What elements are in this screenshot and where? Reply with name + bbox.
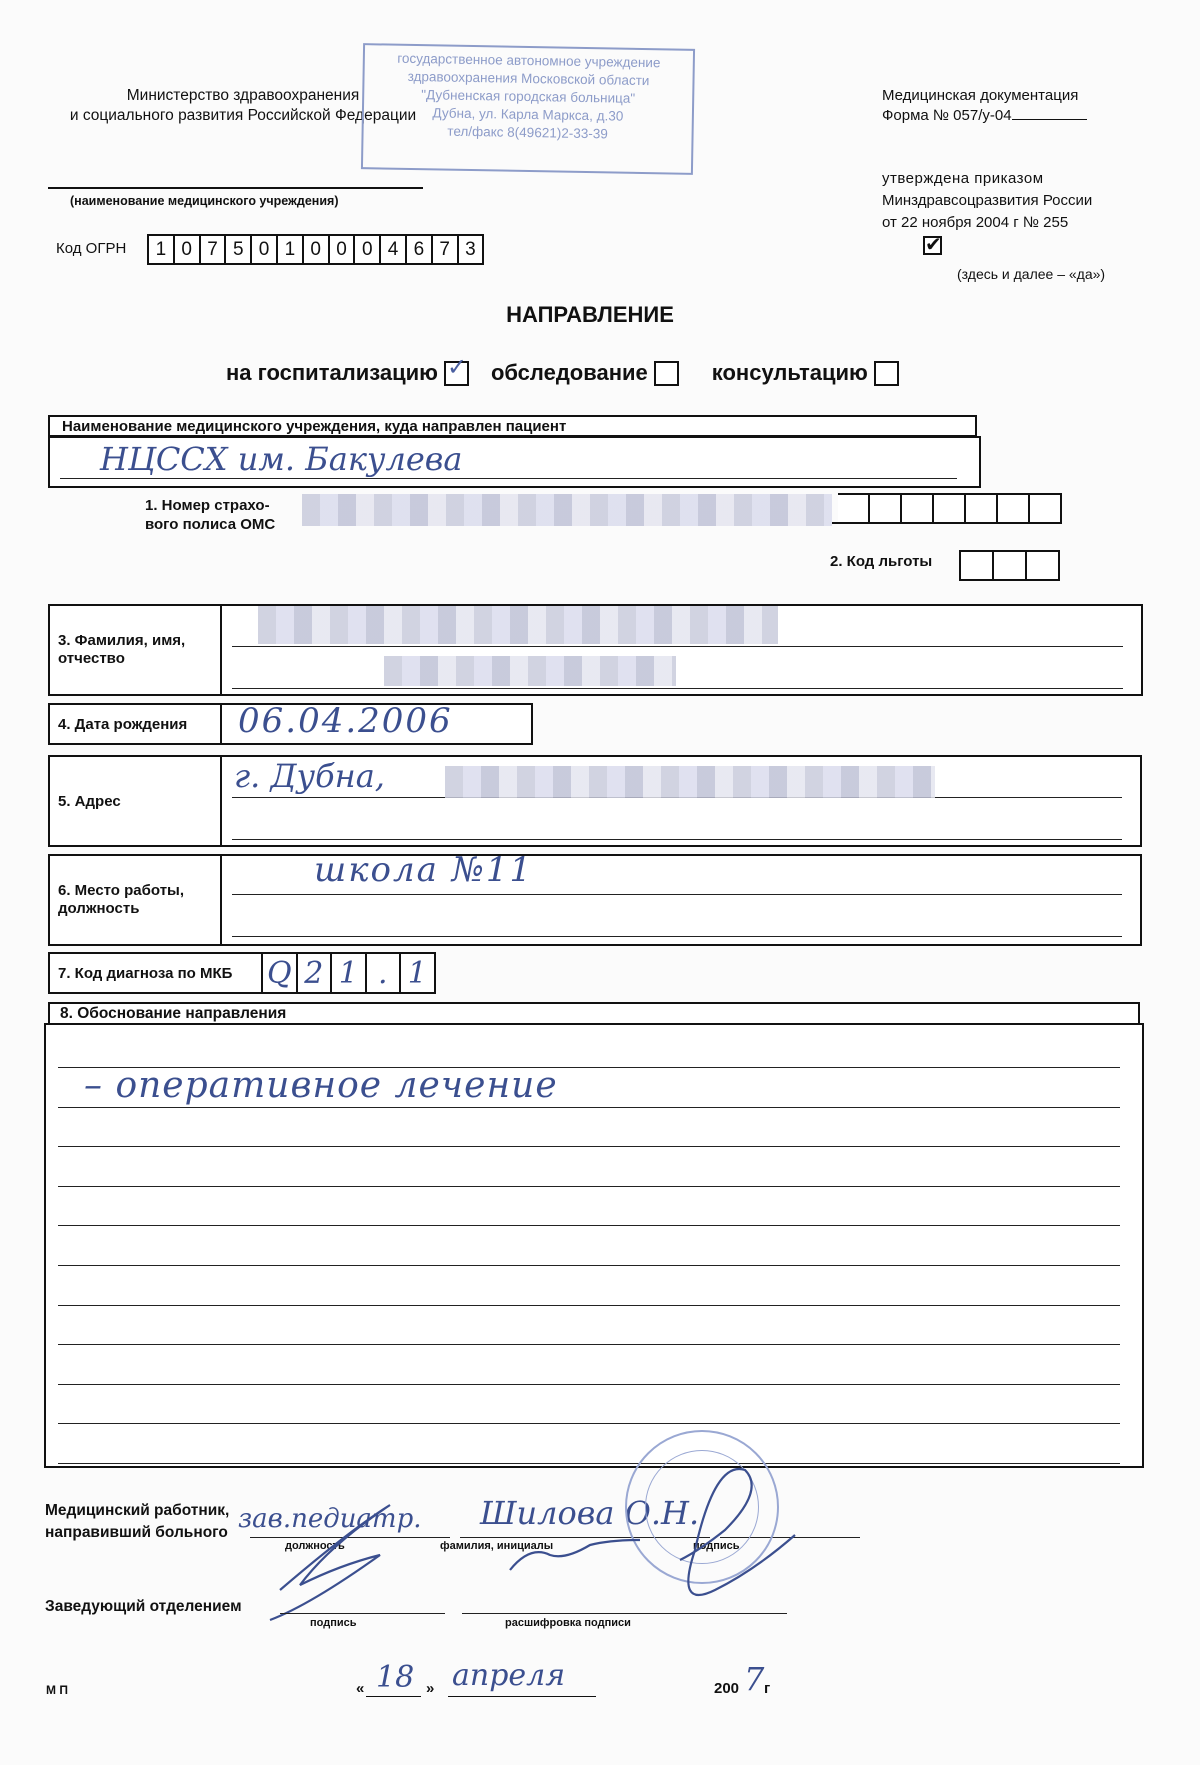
date-day-line [366,1696,421,1697]
ruled-line [58,1186,1120,1187]
reason-header: 8. Обоснование направления [48,1002,1140,1025]
date-quote-close: » [426,1680,434,1697]
form-meta: Медицинская документация Форма № 057/у-0… [882,86,1087,126]
underline [232,688,1123,689]
code-cell: 0 [175,236,201,263]
head-signature-line [280,1613,445,1614]
code-cell: 3 [459,236,485,263]
workplace-label-line: 6. Место работы, [58,882,184,900]
ruled-line [58,1146,1120,1147]
checkmark-icon: ✓ [447,353,467,382]
doc-type: Медицинская документация [882,86,1087,106]
workplace-field[interactable]: школа №11 [220,854,1142,946]
underline [60,478,957,479]
workplace-value: школа №11 [314,850,533,890]
code-cell: Q [263,954,298,992]
code-cell: 7 [433,236,459,263]
destination-label: Наименование медицинского учреждения, ку… [62,418,566,435]
date-quote-open: « [356,1680,364,1697]
reason-value: – оперативное лечение [84,1065,558,1106]
ogrn-code-boxes: 1075010004673 [147,234,484,265]
code-cell: 0 [330,236,356,263]
head-of-department-label: Заведующий отделением [45,1598,242,1616]
checkmark-icon: ✔ [925,232,942,257]
code-cell: 1 [401,954,436,992]
reason-label: 8. Обоснование направления [60,1005,286,1022]
policy-number-boxes[interactable] [838,493,1062,524]
head-decode-line [462,1613,787,1614]
reason-field[interactable]: – оперативное лечение [44,1023,1144,1468]
referral-examination-checkbox[interactable] [654,361,679,386]
legend-checkbox: ✔ [923,236,942,255]
destination-value: НЦССХ им. Бакулева [100,440,463,478]
policy-label-line: вого полиса ОМС [145,515,275,534]
code-cell: 6 [407,236,433,263]
address-label: 5. Адрес [48,755,222,847]
birth-date-label: 4. Дата рождения [48,703,222,745]
approval-note: утверждена приказом Минздравсоцразвития … [882,168,1092,234]
redacted-full-name-2 [384,656,676,686]
ogrn-label: Код ОГРН [56,240,126,257]
icd-code-boxes[interactable]: Q21.1 [261,952,436,994]
fio-label-line: 3. Фамилия, имя, [58,632,185,650]
code-cell [998,495,1030,522]
referral-hospitalization-label: на госпитализацию [226,360,438,386]
underline [232,839,1122,840]
seal-place-label: М П [46,1683,68,1697]
code-cell [838,495,870,522]
code-cell: 4 [381,236,407,263]
code-cell: 2 [298,954,333,992]
birth-date-value: 06.04.2006 [238,701,453,741]
code-cell [902,495,934,522]
approval-line-2: Минздравсоцразвития России [882,190,1092,212]
code-cell [934,495,966,522]
caption-head-decode: расшифровка подписи [505,1617,631,1629]
ruled-line [58,1265,1120,1266]
redacted-address [445,766,935,798]
redacted-full-name [258,606,778,644]
ruled-line [58,1423,1120,1424]
benefit-code-label: 2. Код льготы [830,553,932,570]
ruled-line [58,1384,1120,1385]
date-year-prefix: 200 [714,1680,739,1697]
ruled-line [58,1107,1120,1108]
birth-date-field[interactable]: 06.04.2006 [220,703,533,745]
date-month-line [448,1696,596,1697]
fio-label-line: отчество [58,650,185,668]
policy-label: 1. Номер страхо- вого полиса ОМС [145,496,275,534]
redacted-policy-number [302,494,832,526]
underline [232,936,1122,937]
document-title: НАПРАВЛЕНИЕ [0,302,1180,328]
doctor-label-line: Медицинский работник, [45,1500,229,1522]
referral-type-row: на госпитализацию ✓ обследование консуль… [226,360,899,386]
referral-examination-label: обследование [491,360,648,386]
date-day-value: 18 [376,1660,414,1695]
legend-note: (здесь и далее – «да») [957,266,1105,282]
ruled-line [58,1225,1120,1226]
code-cell: 0 [304,236,330,263]
date-year-value: 7 [744,1660,764,1698]
code-cell [870,495,902,522]
workplace-label: 6. Место работы,должность [48,854,222,946]
code-cell: . [367,954,402,992]
code-cell [961,552,994,579]
underline [232,646,1123,647]
code-cell: 1 [278,236,304,263]
code-cell: 5 [226,236,252,263]
code-cell [966,495,998,522]
referral-consultation-label: консультацию [712,360,868,386]
code-cell: 1 [149,236,175,263]
destination-header: Наименование медицинского учреждения, ку… [48,415,977,437]
code-cell: 0 [355,236,381,263]
ruled-line [58,1067,1120,1068]
institution-caption: (наименование медицинского учреждения) [70,194,339,208]
address-value: г. Дубна, [234,757,385,795]
date-year-suffix: г [764,1680,770,1697]
doctor-label: Медицинский работник, направивший больно… [45,1500,229,1544]
date-month-value: апреля [452,1658,565,1693]
policy-label-line: 1. Номер страхо- [145,496,275,515]
workplace-label-line: должность [58,900,184,918]
doctor-label-line: направивший больного [45,1522,229,1544]
code-cell [1027,552,1060,579]
institution-stamp: государственное автономное учреждение зд… [361,43,695,175]
code-cell: 7 [201,236,227,263]
ruled-line [58,1305,1120,1306]
ruled-line [58,1344,1120,1345]
referral-consultation-checkbox[interactable] [874,361,899,386]
code-cell: 1 [332,954,367,992]
code-cell [994,552,1027,579]
code-cell: 0 [252,236,278,263]
signature-scribble [240,1440,840,1630]
form-number: Форма № 057/у-04 [882,106,1087,126]
code-cell [1030,495,1062,522]
referral-hospitalization-checkbox[interactable]: ✓ [444,361,469,386]
destination-field[interactable]: НЦССХ им. Бакулева [48,436,981,488]
caption-head-signature: подпись [310,1617,357,1629]
benefit-code-boxes[interactable] [959,550,1060,581]
fio-label: 3. Фамилия, имя,отчество [48,604,222,696]
approval-line-3: от 22 ноября 2004 г № 255 [882,212,1092,234]
underline [232,894,1122,895]
institution-name-line [48,187,423,189]
approval-line-1: утверждена приказом [882,168,1092,190]
